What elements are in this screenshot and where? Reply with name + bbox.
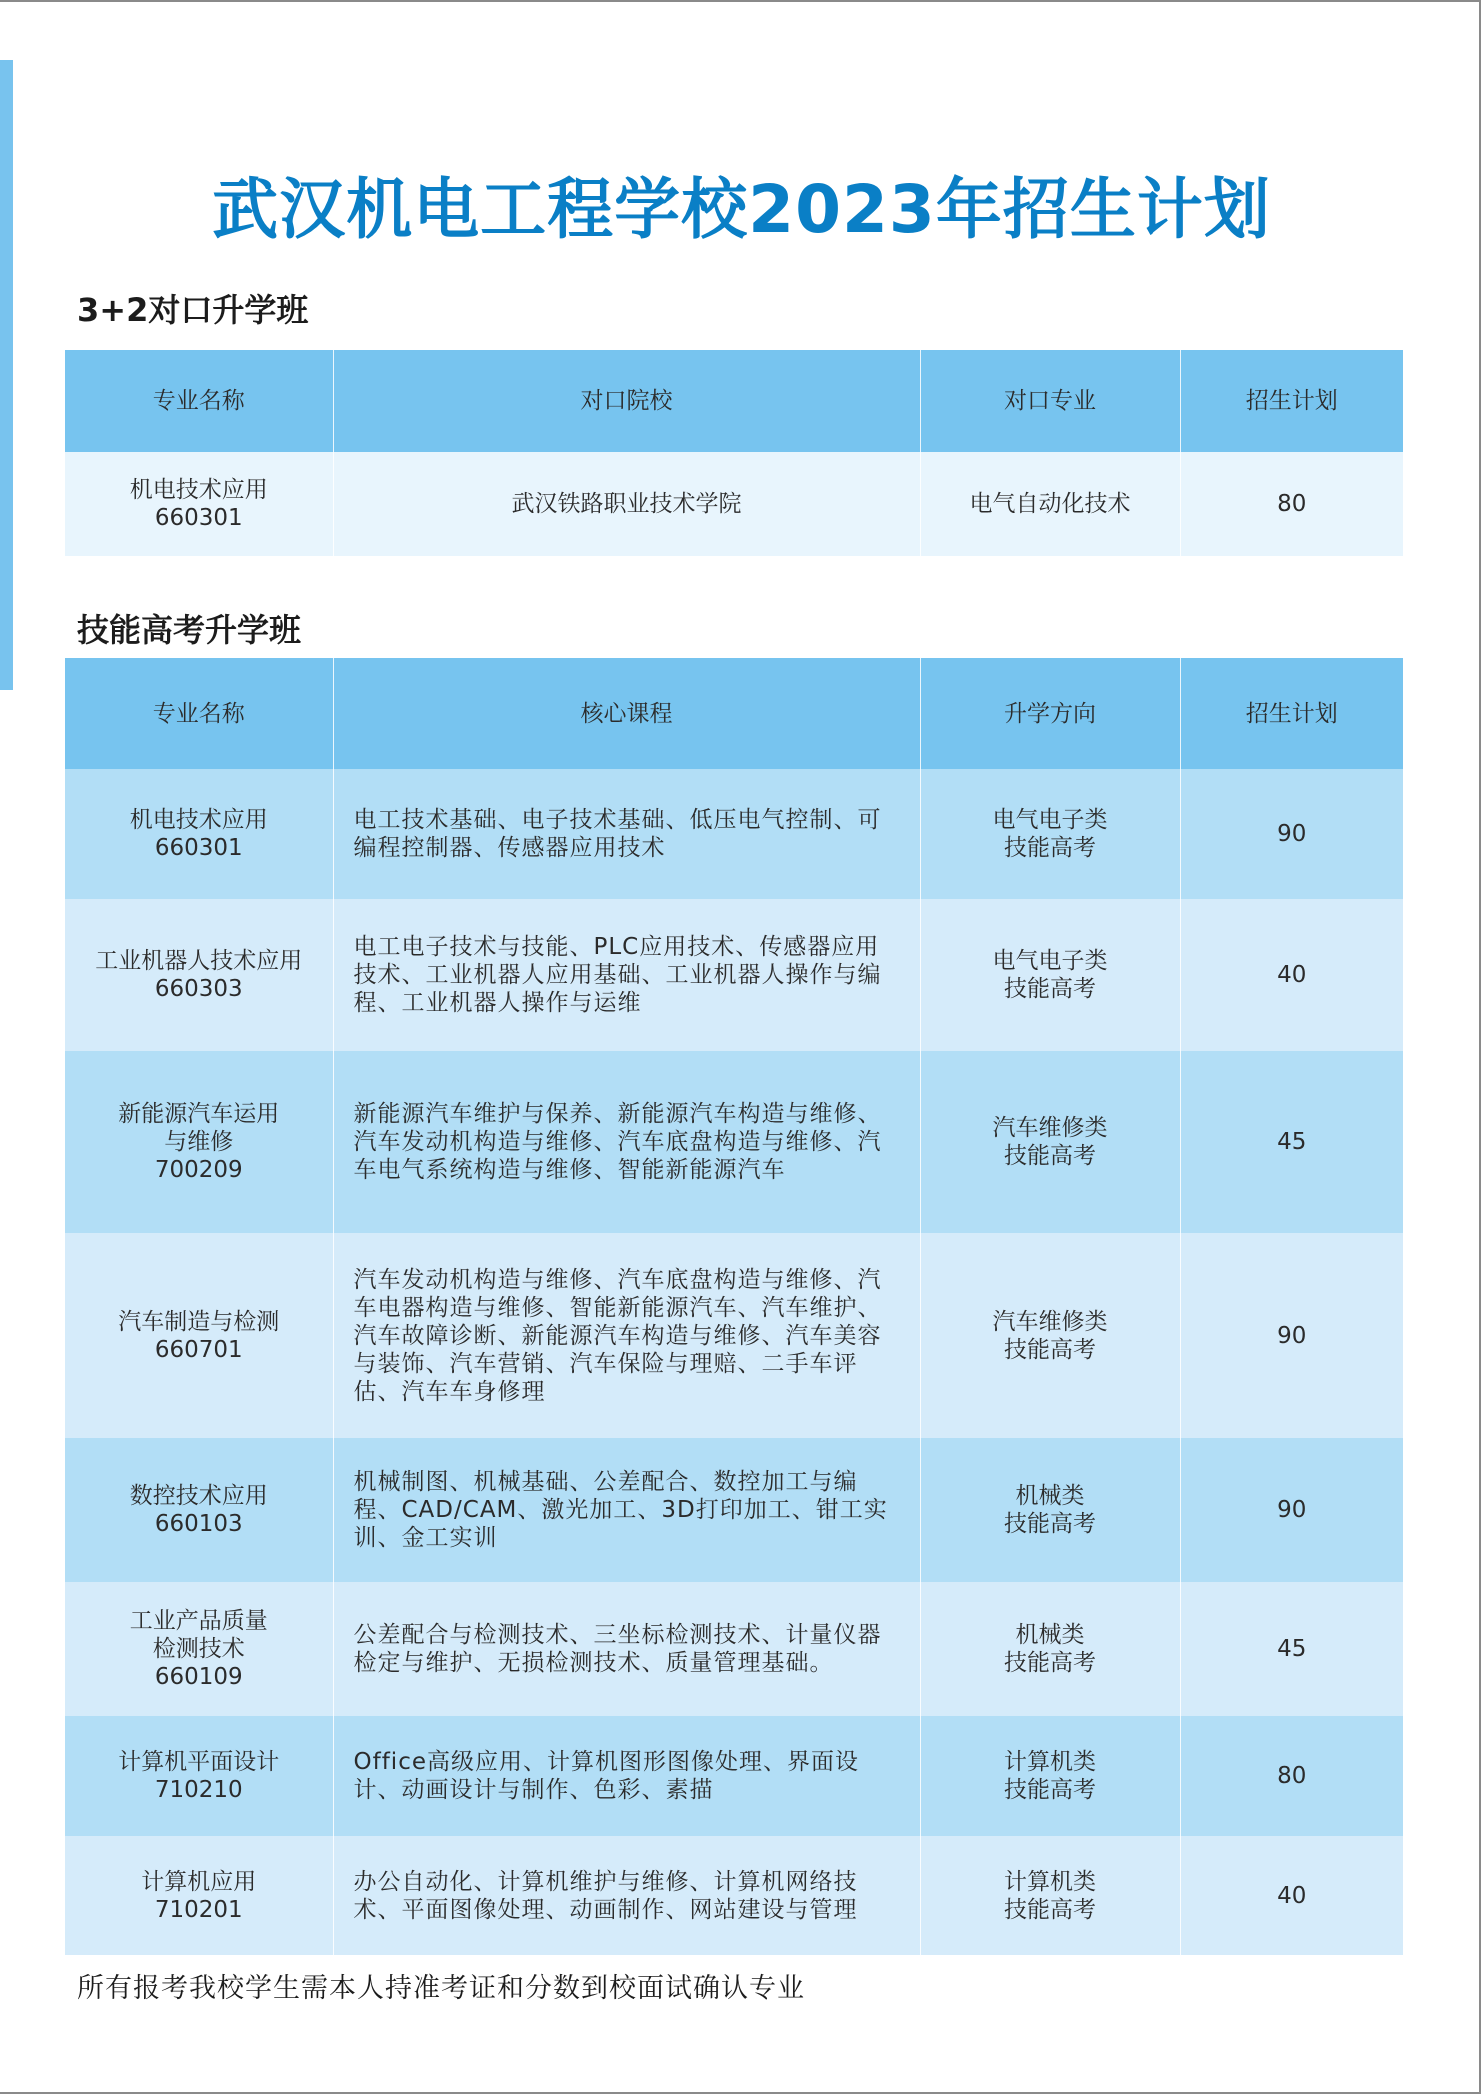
table-row: 工业产品质量 检测技术 660109 公差配合与检测技术、三坐标检测技术、计量仪… [65,1582,1403,1716]
major-name: 计算机平面设计 [65,1748,333,1776]
cell-courses: 新能源汽车维护与保养、新能源汽车构造与维修、汽车发动机构造与维修、汽车底盘构造与… [333,1051,920,1233]
direction-exam: 技能高考 [921,1776,1180,1804]
major-name: 工业产品质量 [65,1607,333,1635]
cell-courses: 汽车发动机构造与维修、汽车底盘构造与维修、汽车电器构造与维修、智能新能源汽车、汽… [333,1233,920,1438]
header-plan: 招生计划 [1180,350,1403,452]
major-code: 710201 [65,1896,333,1924]
cell-major: 汽车制造与检测 660701 [65,1233,333,1438]
cell-plan: 80 [1180,1716,1403,1836]
cell-direction: 计算机类 技能高考 [920,1716,1180,1836]
section-title-3plus2: 3+2对口升学班 [77,290,308,330]
cell-major: 机电技术应用 660301 [65,452,333,556]
header-target-major: 对口专业 [920,350,1180,452]
table-3plus2: 专业名称 对口院校 对口专业 招生计划 机电技术应用 660301 武汉铁路职业… [65,350,1403,556]
table-row: 机电技术应用 660301 电工技术基础、电子技术基础、低压电气控制、可编程控制… [65,769,1403,899]
cell-direction: 机械类 技能高考 [920,1438,1180,1582]
direction-exam: 技能高考 [921,1896,1180,1924]
page-title: 武汉机电工程学校2023年招生计划 [0,170,1483,250]
cell-direction: 机械类 技能高考 [920,1582,1180,1716]
direction-category: 电气电子类 [921,806,1180,834]
direction-category: 汽车维修类 [921,1114,1180,1142]
header-direction: 升学方向 [920,658,1180,769]
cell-plan: 45 [1180,1582,1403,1716]
table-row: 汽车制造与检测 660701 汽车发动机构造与维修、汽车底盘构造与维修、汽车电器… [65,1233,1403,1438]
cell-major: 计算机平面设计 710210 [65,1716,333,1836]
cell-courses: Office高级应用、计算机图形图像处理、界面设计、动画设计与制作、色彩、素描 [333,1716,920,1836]
table-row: 新能源汽车运用 与维修 700209 新能源汽车维护与保养、新能源汽车构造与维修… [65,1051,1403,1233]
decorative-side-bar [0,60,13,690]
major-code: 710210 [65,1776,333,1804]
major-code: 660303 [65,975,333,1003]
cell-courses: 机械制图、机械基础、公差配合、数控加工与编程、CAD/CAM、激光加工、3D打印… [333,1438,920,1582]
table-row: 计算机平面设计 710210 Office高级应用、计算机图形图像处理、界面设计… [65,1716,1403,1836]
table-header-row: 专业名称 核心课程 升学方向 招生计划 [65,658,1403,769]
major-name-cont: 检测技术 [65,1635,333,1663]
header-courses: 核心课程 [333,658,920,769]
direction-exam: 技能高考 [921,1510,1180,1538]
major-name: 数控技术应用 [65,1482,333,1510]
direction-exam: 技能高考 [921,1649,1180,1677]
cell-plan: 80 [1180,452,1403,556]
cell-direction: 汽车维修类 技能高考 [920,1233,1180,1438]
direction-category: 机械类 [921,1621,1180,1649]
major-name: 汽车制造与检测 [65,1308,333,1336]
direction-category: 计算机类 [921,1868,1180,1896]
direction-category: 计算机类 [921,1748,1180,1776]
cell-plan: 40 [1180,1836,1403,1955]
cell-courses: 办公自动化、计算机维护与维修、计算机网络技术、平面图像处理、动画制作、网站建设与… [333,1836,920,1955]
direction-exam: 技能高考 [921,1142,1180,1170]
major-name: 工业机器人技术应用 [65,947,333,975]
major-name: 机电技术应用 [65,806,333,834]
header-major: 专业名称 [65,658,333,769]
table-row: 数控技术应用 660103 机械制图、机械基础、公差配合、数控加工与编程、CAD… [65,1438,1403,1582]
major-name-cont: 与维修 [65,1128,333,1156]
major-code: 660301 [65,504,333,532]
header-plan: 招生计划 [1180,658,1403,769]
table-row: 计算机应用 710201 办公自动化、计算机维护与维修、计算机网络技术、平面图像… [65,1836,1403,1955]
cell-major: 工业产品质量 检测技术 660109 [65,1582,333,1716]
major-name: 机电技术应用 [65,476,333,504]
major-code: 660701 [65,1336,333,1364]
direction-exam: 技能高考 [921,1336,1180,1364]
cell-major: 机电技术应用 660301 [65,769,333,899]
cell-plan: 90 [1180,769,1403,899]
cell-direction: 电气电子类 技能高考 [920,769,1180,899]
footnote: 所有报考我校学生需本人持准考证和分数到校面试确认专业 [77,1972,805,2006]
direction-category: 汽车维修类 [921,1308,1180,1336]
major-name: 新能源汽车运用 [65,1100,333,1128]
cell-school: 武汉铁路职业技术学院 [333,452,920,556]
cell-plan: 90 [1180,1233,1403,1438]
cell-major: 新能源汽车运用 与维修 700209 [65,1051,333,1233]
cell-courses: 电工电子技术与技能、PLC应用技术、传感器应用技术、工业机器人应用基础、工业机器… [333,899,920,1051]
major-code: 660103 [65,1510,333,1538]
direction-category: 机械类 [921,1482,1180,1510]
cell-plan: 45 [1180,1051,1403,1233]
cell-direction: 计算机类 技能高考 [920,1836,1180,1955]
cell-plan: 40 [1180,899,1403,1051]
cell-direction: 电气电子类 技能高考 [920,899,1180,1051]
table-header-row: 专业名称 对口院校 对口专业 招生计划 [65,350,1403,452]
cell-major: 计算机应用 710201 [65,1836,333,1955]
direction-exam: 技能高考 [921,975,1180,1003]
cell-major: 数控技术应用 660103 [65,1438,333,1582]
section-title-skills: 技能高考升学班 [77,610,301,650]
cell-target-major: 电气自动化技术 [920,452,1180,556]
table-skills-exam: 专业名称 核心课程 升学方向 招生计划 机电技术应用 660301 电工技术基础… [65,658,1403,1955]
major-code: 700209 [65,1156,333,1184]
major-name: 计算机应用 [65,1868,333,1896]
direction-exam: 技能高考 [921,834,1180,862]
table-row: 机电技术应用 660301 武汉铁路职业技术学院 电气自动化技术 80 [65,452,1403,556]
cell-courses: 公差配合与检测技术、三坐标检测技术、计量仪器检定与维护、无损检测技术、质量管理基… [333,1582,920,1716]
table-row: 工业机器人技术应用 660303 电工电子技术与技能、PLC应用技术、传感器应用… [65,899,1403,1051]
major-code: 660301 [65,834,333,862]
header-school: 对口院校 [333,350,920,452]
cell-direction: 汽车维修类 技能高考 [920,1051,1180,1233]
direction-category: 电气电子类 [921,947,1180,975]
cell-plan: 90 [1180,1438,1403,1582]
cell-courses: 电工技术基础、电子技术基础、低压电气控制、可编程控制器、传感器应用技术 [333,769,920,899]
major-code: 660109 [65,1663,333,1691]
header-major: 专业名称 [65,350,333,452]
cell-major: 工业机器人技术应用 660303 [65,899,333,1051]
